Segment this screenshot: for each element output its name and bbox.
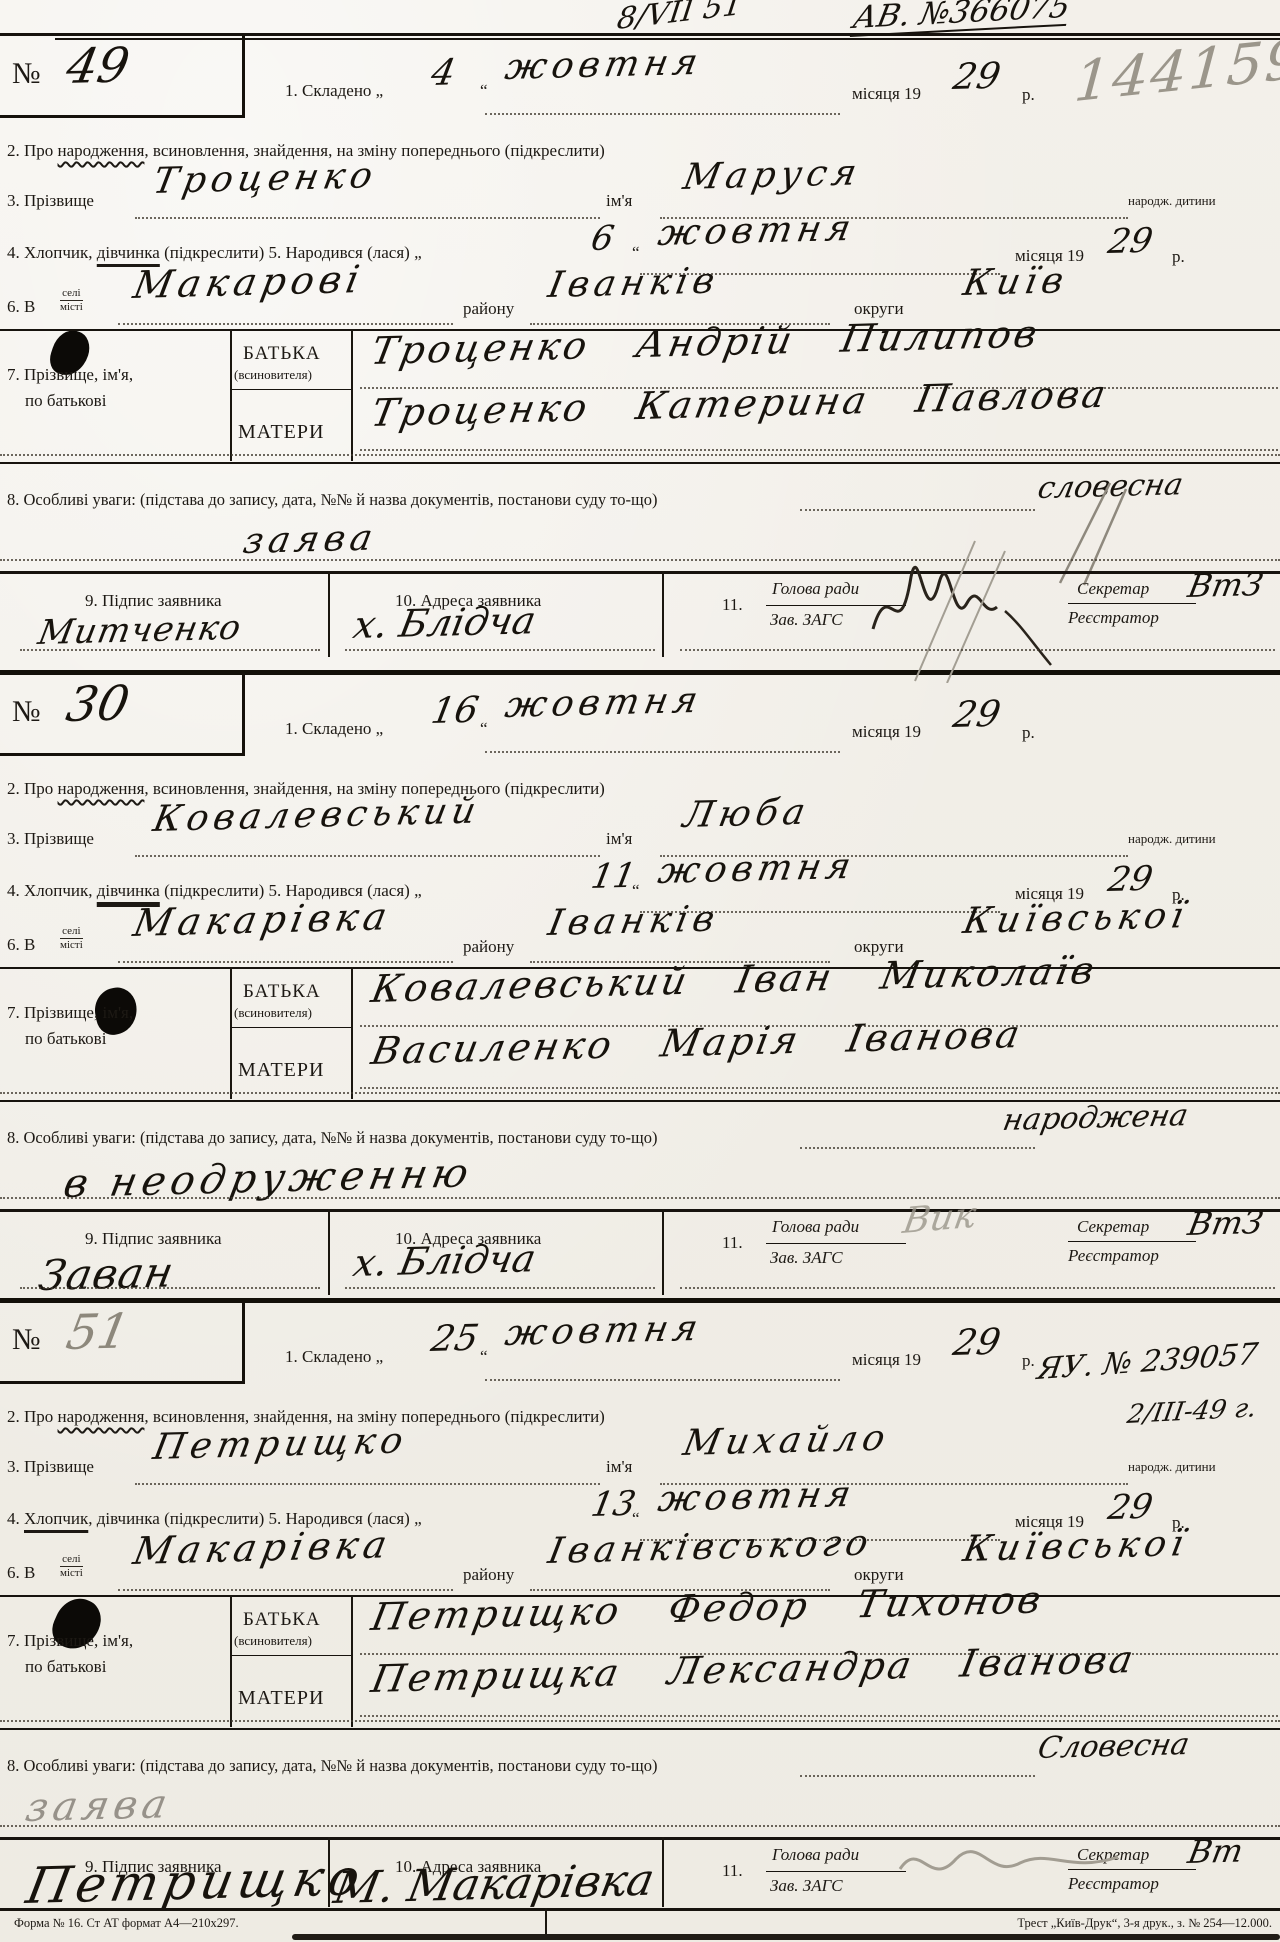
adopter-label: (всиновителя)	[234, 367, 312, 383]
hw-birth-year: 29	[1105, 1487, 1156, 1528]
field2-underlined-word: народження	[58, 141, 145, 160]
secretary-signature: ВтЗ	[1185, 565, 1266, 605]
month-19-label: місяця 19	[852, 722, 921, 742]
applicant-signature: Митченко	[35, 608, 245, 653]
village-city-fraction: селімісті	[60, 925, 83, 951]
hw-remark-side: Словесна	[1035, 1727, 1192, 1766]
record-number-value: 51	[62, 1303, 134, 1361]
field11-no: 11.	[722, 1861, 743, 1881]
field11-no: 11.	[722, 1233, 743, 1253]
registrar-label: Реєстратор	[1068, 1246, 1159, 1266]
village-city-fraction: селімісті	[60, 1553, 83, 1579]
handwritten-date-note: 8/VII 51	[615, 0, 744, 37]
hw-compiled-month: жовтня	[502, 1308, 706, 1354]
hw-compiled-month: жовтня	[502, 42, 706, 88]
hw-birth-month: жовтня	[655, 846, 859, 892]
village-option: селі	[60, 1553, 83, 1567]
quote-close: “	[480, 81, 488, 101]
head-zags-divider	[766, 1871, 906, 1872]
record-number-value: 30	[62, 675, 134, 733]
fill-line	[680, 649, 1275, 651]
fill-line	[800, 1775, 1035, 1777]
council-head-label: Голова ради	[772, 579, 859, 599]
hw-compiled-year: 29	[950, 56, 1004, 98]
fill-line	[135, 217, 600, 219]
father-label: БАТЬКА	[243, 1609, 321, 1631]
hw-place: Макарові	[130, 257, 368, 307]
field4-no: 4.	[7, 881, 20, 900]
father-mother-divider	[230, 389, 351, 390]
remarks-label: 8. Особливі уваги: (підстава до запису, …	[7, 1128, 657, 1148]
fill-line	[20, 1287, 320, 1289]
r-label: р.	[1022, 723, 1035, 743]
hw-compiled-month: жовтня	[502, 680, 706, 726]
remarks-label: 8. Особливі уваги: (підстава до запису, …	[7, 490, 657, 510]
fill-line	[0, 559, 1280, 561]
hw-compiled-day: 16	[428, 690, 482, 732]
scan-edge-smudge	[292, 1934, 1280, 1940]
r-label: р.	[1022, 85, 1035, 105]
bottom-row-top-rule	[0, 571, 1280, 574]
hw-address: х. Блідча	[350, 1236, 539, 1285]
hw-mother-name: Василенко Марія Іванова	[368, 1012, 1026, 1073]
hw-father-name: Троценко Андрій Пилипов	[368, 312, 1044, 373]
comma: ,	[88, 243, 92, 262]
council-head-label: Голова ради	[772, 1217, 859, 1237]
hw-raion: Іванків	[545, 899, 723, 944]
city-option: місті	[60, 1567, 83, 1579]
in-village-label: 6. В	[7, 297, 35, 317]
fill-line	[118, 1589, 453, 1591]
hw-name: Маруся	[680, 152, 865, 198]
row7-divider	[351, 1595, 353, 1727]
in-village-label: 6. В	[7, 935, 35, 955]
fill-line	[360, 449, 1278, 451]
handwritten-number-note: АВ. №366075	[850, 0, 1073, 36]
council-head-label: Голова ради	[772, 1845, 859, 1865]
fill-line	[800, 1147, 1035, 1149]
village-city-fraction: селімісті	[60, 287, 83, 313]
quote-close: “	[632, 243, 640, 263]
compiled-label: 1. Складено „	[285, 1347, 383, 1367]
registry-record-3: № 51 1. Складено „ 25 “ жовтня місяця 19…	[0, 1301, 1280, 1941]
field2-underlined-word: народження	[58, 1407, 145, 1426]
council-head-signature-pencil: Вик	[900, 1195, 979, 1242]
fill-line	[20, 649, 320, 651]
hw-compiled-year: 29	[950, 1322, 1004, 1364]
adopter-label: (всиновителя)	[234, 1633, 312, 1649]
registry-record-1: № 49 1. Складено „ 4 “ жовтня місяця 19 …	[0, 35, 1280, 675]
fill-line	[485, 1379, 840, 1381]
field11-no: 11.	[722, 595, 743, 615]
girl-word: дівчинка	[97, 243, 160, 262]
father-mother-divider	[230, 1655, 351, 1656]
hw-birth-month: жовтня	[655, 1474, 859, 1520]
bottom-row-divider	[328, 571, 330, 657]
fill-line	[135, 855, 600, 857]
hw-mother-name: Петрищка Лександра Іванова	[368, 1637, 1140, 1701]
row7-divider	[230, 1595, 232, 1727]
row7-divider	[351, 967, 353, 1099]
field2-pre: 2. Про	[7, 779, 53, 798]
name-label: ім'я	[606, 191, 632, 211]
hw-okruha: Київ	[960, 260, 1072, 304]
zags-label: Зав. ЗАГС	[770, 610, 843, 630]
zags-label: Зав. ЗАГС	[770, 1876, 843, 1896]
row7-divider	[351, 329, 353, 461]
raion-label: району	[463, 1565, 514, 1585]
village-option: селі	[60, 925, 83, 939]
field2-underlined-word: народження	[58, 779, 145, 798]
hw-okruha: Київської	[960, 1523, 1192, 1570]
surname-label: 3. Прізвище	[7, 191, 94, 211]
village-option: селі	[60, 287, 83, 301]
name-label: ім'я	[606, 1457, 632, 1477]
secretary-signature: Вт	[1185, 1832, 1246, 1871]
remarks-label: 8. Особливі уваги: (підстава до запису, …	[7, 1756, 657, 1776]
field2-pre: 2. Про	[7, 141, 53, 160]
quote-close: “	[480, 719, 488, 739]
hw-father-name: Петрищко Федор Тихонов	[368, 1578, 1047, 1639]
hw-surname: Троценко	[150, 155, 381, 202]
number-sign: №	[12, 1323, 41, 1357]
field7-label-2: по батькові	[25, 1657, 106, 1677]
fill-line	[135, 1483, 600, 1485]
field4-no: 4.	[7, 243, 20, 262]
hw-remark-body: заява	[240, 518, 381, 562]
fill-line	[800, 509, 1035, 511]
hw-place: Макарівка	[130, 1522, 395, 1573]
in-village-label: 6. В	[7, 1563, 35, 1583]
father-label: БАТЬКА	[243, 981, 321, 1003]
raion-label: району	[463, 937, 514, 957]
quote-close: “	[632, 881, 640, 901]
number-sign: №	[12, 57, 41, 91]
mother-label: МАТЕРИ	[238, 421, 324, 444]
hw-birth-year: 29	[1105, 221, 1156, 262]
r-label: р.	[1172, 247, 1185, 267]
fill-line	[345, 649, 655, 651]
city-option: місті	[60, 939, 83, 951]
secretary-registrar-divider	[1068, 603, 1196, 604]
mother-label: МАТЕРИ	[238, 1059, 324, 1082]
quote-close: “	[632, 1509, 640, 1529]
surname-label: 3. Прізвище	[7, 1457, 94, 1477]
zags-label: Зав. ЗАГС	[770, 1248, 843, 1268]
month-19-label: місяця 19	[852, 84, 921, 104]
hw-compiled-day: 4	[428, 52, 459, 94]
hw-mother-name: Троценко Катерина Павлова	[368, 372, 1112, 435]
hw-surname: Петрищко	[150, 1420, 411, 1468]
applicant-signature: Петрищко	[22, 1848, 369, 1915]
quote-close: “	[480, 1347, 488, 1367]
field7-label: 7. Прізвище, ім'я,	[7, 365, 133, 385]
girl-word: дівчинка	[97, 1509, 160, 1528]
boy-word: Хлопчик	[24, 881, 88, 900]
fill-line	[0, 1092, 1280, 1094]
hw-place: Макарівка	[130, 894, 395, 945]
head-zags-divider	[766, 1243, 906, 1244]
hw-remark-side: народжена	[1000, 1098, 1191, 1138]
surname-label: 3. Прізвище	[7, 829, 94, 849]
name-label: ім'я	[606, 829, 632, 849]
fill-line	[0, 1825, 1280, 1827]
child-birth-label: народж. дитини	[1128, 1459, 1216, 1475]
fill-line	[485, 751, 840, 753]
applicant-signature: Заван	[35, 1248, 178, 1300]
fill-line	[0, 1197, 1280, 1199]
field7-label-2: по батькові	[25, 1029, 106, 1049]
registry-record-2: № 30 1. Складено „ 16 “ жовтня місяця 19…	[0, 673, 1280, 1313]
secretary-label: Секретар	[1077, 579, 1149, 599]
field7-label-2: по батькові	[25, 391, 106, 411]
fill-line	[118, 323, 453, 325]
footer-form-info: Форма № 16. Ст АТ формат А4—210х297.	[14, 1916, 239, 1931]
footer-print-info: Трест „Київ-Друк“, 3-я друк., з. № 254—1…	[1017, 1916, 1272, 1931]
comma: ,	[88, 1509, 92, 1528]
scanned-registry-page: { "annotations": { "top_date": "8/VII 51…	[0, 0, 1280, 1942]
fill-line	[0, 454, 1280, 456]
fill-line	[345, 1287, 655, 1289]
month-19-label: місяця 19	[852, 1350, 921, 1370]
council-head-signature-scrawl	[855, 533, 1065, 683]
field7-label: 7. Прізвище, ім'я,	[7, 1003, 133, 1023]
fill-line	[118, 961, 453, 963]
bottom-row-divider	[328, 1209, 330, 1295]
compiled-label: 1. Складено „	[285, 719, 383, 739]
council-head-signature-scrawl	[890, 1829, 1130, 1899]
adopter-label: (всиновителя)	[234, 1005, 312, 1021]
comma: ,	[88, 881, 92, 900]
secretary-label: Секретар	[1077, 1217, 1149, 1237]
child-birth-label: народж. дитини	[1128, 831, 1216, 847]
bottom-row-divider	[662, 1209, 664, 1295]
hw-okruha: Київської	[960, 895, 1192, 942]
fill-line	[680, 1287, 1275, 1289]
hw-father-name: Ковалевський Іван Миколаїв	[368, 948, 1100, 1011]
footer-rule	[0, 1908, 1280, 1911]
row7-divider	[230, 329, 232, 461]
city-option: місті	[60, 301, 83, 313]
girl-word: дівчинка	[97, 881, 160, 900]
secretary-registrar-divider	[1068, 1241, 1196, 1242]
registrar-label: Реєстратор	[1068, 608, 1159, 628]
boy-word: Хлопчик	[24, 1509, 88, 1528]
father-mother-divider	[230, 1027, 351, 1028]
hw-remark-body: заява	[22, 1781, 176, 1831]
hw-name: Люба	[680, 792, 813, 836]
field7-label: 7. Прізвище, ім'я,	[7, 1631, 133, 1651]
secretary-signature: ВтЗ	[1185, 1203, 1266, 1243]
bottom-row-top-rule	[0, 1209, 1280, 1212]
hw-compiled-day: 25	[428, 1318, 482, 1360]
bottom-row-divider	[662, 1837, 664, 1907]
hw-compiled-year: 29	[950, 694, 1004, 736]
hw-surname: Ковалевський	[150, 791, 484, 840]
hw-birth-month: жовтня	[655, 208, 859, 254]
hw-birth-day: 6	[588, 218, 617, 259]
fill-line	[360, 1715, 1278, 1717]
hw-raion: Іванківського	[545, 1523, 876, 1572]
field4-no: 4.	[7, 1509, 20, 1528]
field2-pre: 2. Про	[7, 1407, 53, 1426]
raion-label: району	[463, 299, 514, 319]
fill-line	[360, 1087, 1278, 1089]
r-label: р.	[1022, 1351, 1035, 1371]
mother-label: МАТЕРИ	[238, 1687, 324, 1710]
compiled-label: 1. Складено „	[285, 81, 383, 101]
bottom-row-divider	[662, 571, 664, 657]
father-label: БАТЬКА	[243, 343, 321, 365]
hw-birth-year: 29	[1105, 859, 1156, 900]
row7-bottom-rule	[0, 462, 1280, 464]
row7-divider	[230, 967, 232, 1099]
hw-raion: Іванків	[545, 261, 723, 306]
number-sign: №	[12, 695, 41, 729]
boy-word: Хлопчик	[24, 243, 88, 262]
child-birth-label: народж. дитини	[1128, 193, 1216, 209]
fill-line	[485, 113, 840, 115]
hw-name: Михайло	[680, 1418, 893, 1464]
fill-line	[0, 1720, 1280, 1722]
applicant-signature-label: 9. Підпис заявника	[85, 1229, 222, 1249]
hw-address: М. Макарівка	[330, 1855, 658, 1914]
hw-address: х. Блідча	[350, 598, 539, 647]
record-number-value: 49	[62, 37, 134, 95]
